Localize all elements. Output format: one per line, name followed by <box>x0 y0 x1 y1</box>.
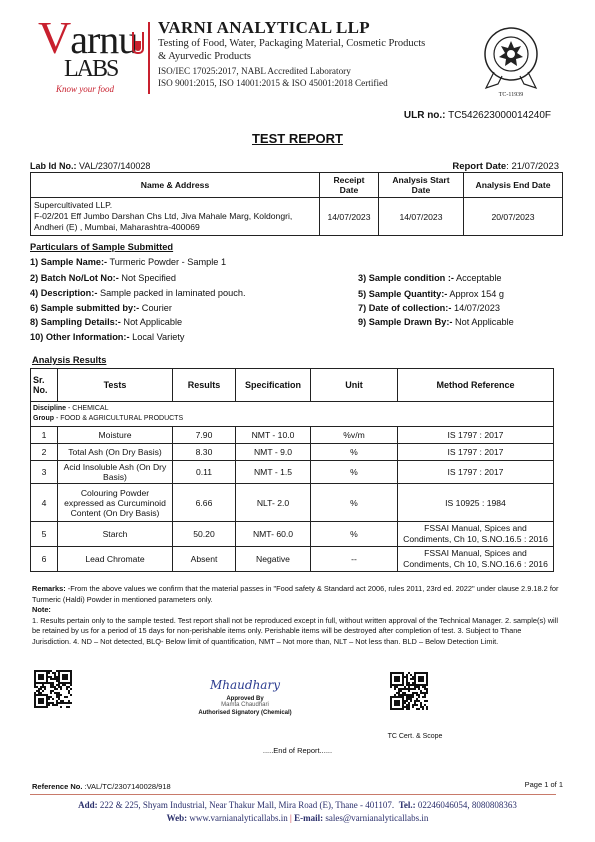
cell-result: 50.20 <box>173 522 236 547</box>
cell-test: Total Ash (On Dry Basis) <box>58 444 173 461</box>
particulars-heading: Particulars of Sample Submitted <box>30 242 173 252</box>
varnu-labs-logo: Varnu LABS Know your food <box>38 18 148 98</box>
cell-result: Absent <box>173 547 236 572</box>
table-row: 3Acid Insoluble Ash (On Dry Basis)0.11NM… <box>31 461 554 484</box>
cell-sr: 3 <box>31 461 58 484</box>
analysis-table: Sr. No. Tests Results Specification Unit… <box>30 368 554 572</box>
lab-id: Lab Id No.: VAL/2307/140028 <box>30 161 150 171</box>
particular-item: 9) Sample Drawn By:- Not Applicable <box>358 317 514 327</box>
signature-image: Mhaudhary <box>190 678 300 692</box>
cell-spec: NMT - 10.0 <box>236 427 311 444</box>
cell-method: IS 1797 : 2017 <box>398 427 554 444</box>
customer-address: Supercultivated LLP. F-02/201 Eff Jumbo … <box>31 198 320 236</box>
particular-item: 8) Sampling Details:- Not Applicable <box>30 317 182 327</box>
table-row: Supercultivated LLP. F-02/201 Eff Jumbo … <box>31 198 563 236</box>
cell-unit: % <box>311 461 398 484</box>
cell-unit: % <box>311 522 398 547</box>
cell-method: IS 1797 : 2017 <box>398 444 554 461</box>
particular-item: 10) Other Information:- Local Variety <box>30 332 185 342</box>
particular-item: 1) Sample Name:- Turmeric Powder - Sampl… <box>30 257 226 267</box>
cell-method: FSSAI Manual, Spices and Condiments, Ch … <box>398 547 554 572</box>
cell-test: Lead Chromate <box>58 547 173 572</box>
table-row: 6Lead ChromateAbsentNegative--FSSAI Manu… <box>31 547 554 572</box>
table-row: 4Colouring Powder expressed as Curcumino… <box>31 484 554 522</box>
tc-cert-qr-code-icon <box>390 672 428 710</box>
cell-test: Moisture <box>58 427 173 444</box>
cell-sr: 6 <box>31 547 58 572</box>
reference-number: Reference No. :VAL/TC/2307140028/918 <box>32 782 171 791</box>
page-title: TEST REPORT <box>0 131 595 146</box>
company-name: VARNI ANALYTICAL LLP <box>158 18 425 38</box>
analysis-heading: Analysis Results <box>32 355 106 365</box>
cell-result: 7.90 <box>173 427 236 444</box>
discipline-group: Discipline - CHEMICAL Group - FOOD & AGR… <box>31 402 554 427</box>
ulr-number: ULR no.: TC542623000014240F <box>404 110 551 121</box>
nabl-seal-icon: TC-11939 <box>480 26 542 98</box>
cell-method: IS 1797 : 2017 <box>398 461 554 484</box>
company-block: VARNI ANALYTICAL LLP Testing of Food, Wa… <box>158 18 425 89</box>
report-date: Report Date: 21/07/2023 <box>452 161 559 172</box>
cell-sr: 4 <box>31 484 58 522</box>
particular-item: 3) Sample condition :- Acceptable <box>358 273 501 283</box>
end-of-report: .....End of Report...... <box>0 746 595 755</box>
customer-table: Name & Address Receipt Date Analysis Sta… <box>30 172 563 236</box>
cell-test: Starch <box>58 522 173 547</box>
cell-unit: %v/m <box>311 427 398 444</box>
cell-test: Acid Insoluble Ash (On Dry Basis) <box>58 461 173 484</box>
particular-item: 2) Batch No/Lot No:- Not Specified <box>30 273 176 283</box>
cell-result: 8.30 <box>173 444 236 461</box>
cell-spec: NMT - 9.0 <box>236 444 311 461</box>
test-tube-icon <box>132 32 144 54</box>
footer-divider <box>30 794 556 795</box>
particular-item: 7) Date of collection:- 14/07/2023 <box>358 303 500 313</box>
cell-sr: 1 <box>31 427 58 444</box>
cell-unit: % <box>311 444 398 461</box>
cell-method: IS 10925 : 1984 <box>398 484 554 522</box>
svg-text:TC-11939: TC-11939 <box>499 92 523 98</box>
cell-spec: NLT- 2.0 <box>236 484 311 522</box>
footer-contact: Add: 222 & 225, Shyam Industrial, Near T… <box>0 799 595 825</box>
cell-result: 6.66 <box>173 484 236 522</box>
particular-item: 4) Description:- Sample packed in lamina… <box>30 288 246 298</box>
cell-method: FSSAI Manual, Spices and Condiments, Ch … <box>398 522 554 547</box>
cell-sr: 2 <box>31 444 58 461</box>
cell-unit: % <box>311 484 398 522</box>
table-row: 1Moisture7.90NMT - 10.0%v/mIS 1797 : 201… <box>31 427 554 444</box>
particular-item: 6) Sample submitted by:- Courier <box>30 303 172 313</box>
cell-spec: NMT - 1.5 <box>236 461 311 484</box>
remarks-block: Remarks: -From the above values we confi… <box>32 584 562 647</box>
tc-cert-label: TC Cert. & Scope <box>370 733 460 740</box>
cell-spec: NMT- 60.0 <box>236 522 311 547</box>
header-divider <box>148 22 150 94</box>
cell-result: 0.11 <box>173 461 236 484</box>
page-number: Page 1 of 1 <box>525 780 563 789</box>
table-row: 5Starch50.20NMT- 60.0%FSSAI Manual, Spic… <box>31 522 554 547</box>
logo-tagline: Know your food <box>56 84 114 94</box>
table-row: 2Total Ash (On Dry Basis)8.30NMT - 9.0%I… <box>31 444 554 461</box>
signature-block: Mhaudhary Approved By Mamta Chaudhari Au… <box>190 678 300 716</box>
cell-test: Colouring Powder expressed as Curcuminoi… <box>58 484 173 522</box>
cell-sr: 5 <box>31 522 58 547</box>
cell-spec: Negative <box>236 547 311 572</box>
cell-unit: -- <box>311 547 398 572</box>
particular-item: 5) Sample Quantity:- Approx 154 g <box>358 289 504 299</box>
qr-code-icon <box>34 670 72 708</box>
